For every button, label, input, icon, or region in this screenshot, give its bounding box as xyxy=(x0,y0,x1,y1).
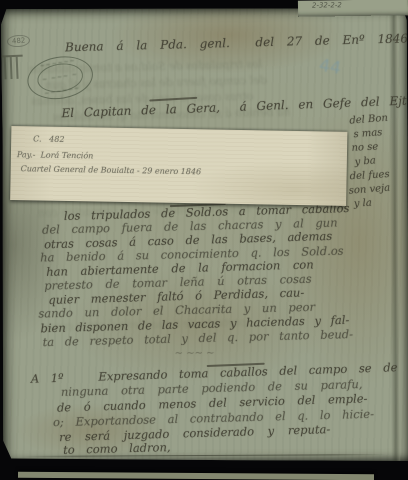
margin-fragment: del Bon xyxy=(349,113,388,127)
tally-mark-icon xyxy=(1,55,24,82)
pasted-catalog-label: C. 482 Pay.- Lorá Tención Cuartel Genera… xyxy=(10,126,347,206)
margin-fragment: no se xyxy=(351,141,378,154)
circled-number-mark: 482 xyxy=(7,34,31,48)
label-line-3: Cuartel General de Bouialta - 29 enero 1… xyxy=(21,164,202,176)
header-line: Buena á la Pda. genl. del 27 de Enº 1846… xyxy=(65,31,408,54)
margin-fragment: y la xyxy=(354,198,373,210)
margin-fragment: y ba xyxy=(354,155,376,168)
scan-background: 2-32-2-2 los tripulados de Sold.os a tom… xyxy=(0,0,408,480)
adjacent-page-edge xyxy=(18,472,374,480)
page-right-edge xyxy=(389,7,400,461)
page-top-corner: 2-32-2-2 xyxy=(298,0,408,17)
margin-fragment: s mas xyxy=(353,127,383,140)
blue-pencil-mark: 44 xyxy=(318,56,343,79)
label-line-2: Pay.- Lorá Tención xyxy=(17,150,94,160)
margin-fragment: del fues xyxy=(349,169,389,182)
manuscript-page: los tripulados de Sold.os a tomar caball… xyxy=(1,7,408,463)
label-line-1: C. 482 xyxy=(33,134,64,144)
margin-fragment: son veja xyxy=(348,183,390,197)
interline-scribble: ~ ~~ ~ xyxy=(175,348,215,359)
catalog-corner-mark: 2-32-2-2 xyxy=(312,1,342,9)
